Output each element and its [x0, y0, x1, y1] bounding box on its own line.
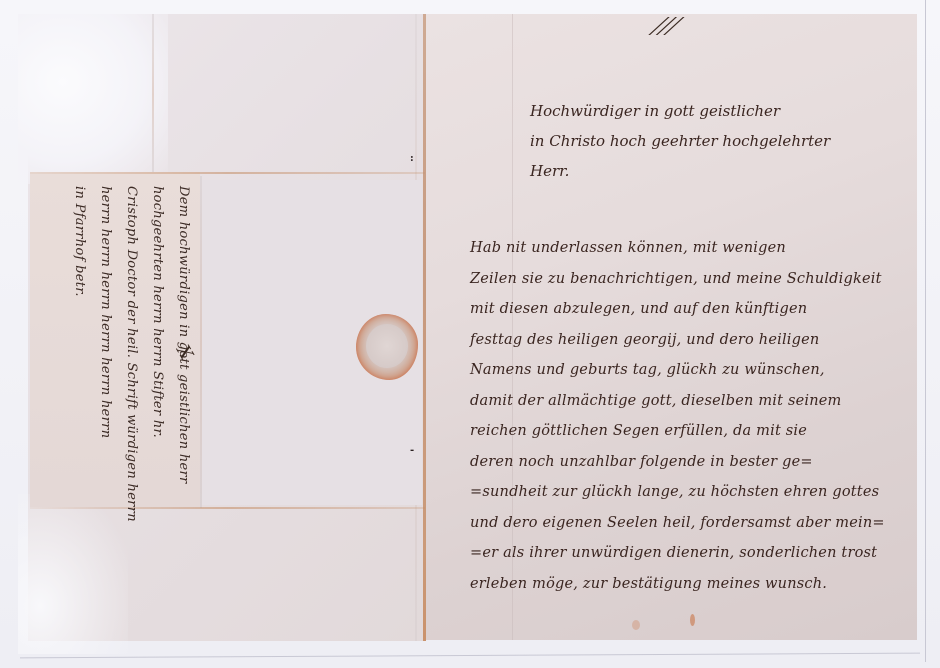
ink-stain — [690, 614, 695, 626]
wax-seal — [356, 314, 418, 380]
address-line: herrn herrn herrn herrn herrn herrn — [92, 186, 118, 516]
fold-line-vertical-top — [152, 14, 154, 174]
body-line: =sundheit zur glückh lange, zu höchsten … — [470, 477, 920, 508]
mount-edge-right — [925, 0, 926, 662]
fold-line-vertical-address — [200, 176, 202, 508]
body-line: deren noch unzahlbar folgende in bester … — [470, 447, 920, 478]
body-line: und dero eigenen Seelen heil, fordersams… — [470, 508, 920, 539]
body-line: festtag des heiligen georgij, und dero h… — [470, 325, 920, 356]
salutation-line: Hochwürdiger in gott geistlicher — [530, 96, 910, 126]
fold-mark-dots: : — [410, 156, 414, 162]
body-line: Hab nit underlassen können, mit wenigen — [470, 233, 920, 264]
address-line: Cristoph Doctor der heil. Schrift würdig… — [118, 186, 144, 516]
body-line: damit der allmächtige gott, dieselben mi… — [470, 386, 920, 417]
ink-stain — [632, 620, 640, 630]
body-line: =er als ihrer unwürdigen dienerin, sonde… — [470, 538, 920, 569]
salutation: Hochwürdiger in gott geistlicher in Chri… — [530, 96, 910, 186]
address-line: in Pfarrhof betr. — [66, 186, 92, 516]
body-line: erleben möge, zur bestätigung meines wun… — [470, 569, 920, 600]
body-line: reichen göttlichen Segen erfüllen, da mi… — [470, 416, 920, 447]
letter-body: Hab nit underlassen können, mit wenigen … — [470, 233, 920, 599]
body-line: Zeilen sie zu benachrichtigen, und meine… — [470, 264, 920, 295]
salutation-line: in Christo hoch geehrter hochgelehrter — [530, 126, 910, 156]
seal-impression — [366, 324, 408, 368]
salutation-line: Herr. — [530, 156, 910, 186]
fold-mark-dash: - — [410, 448, 414, 454]
body-line: mit diesen abzulegen, und auf den künfti… — [470, 294, 920, 325]
body-line: Namens und geburts tag, glückh zu wünsch… — [470, 355, 920, 386]
center-fold-crease — [423, 14, 426, 641]
faded-corner — [18, 14, 168, 184]
address-line: hochgeehrten herrn herrn Stifter hr. — [144, 186, 170, 516]
fold-line-horizontal-upper — [30, 172, 425, 174]
faded-corner-bottom — [18, 494, 128, 654]
